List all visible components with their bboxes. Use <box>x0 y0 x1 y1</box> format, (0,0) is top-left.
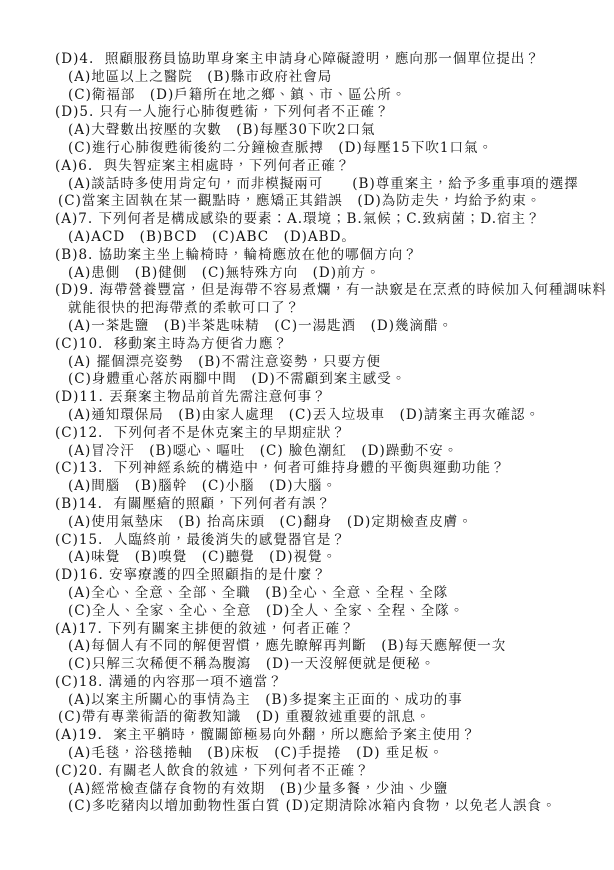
question-line: (C)18. 溝通的內容那一項不適當？ <box>0 674 614 692</box>
option-line: (A)一茶匙鹽 (B)半茶匙味精 (C)一湯匙酒 (D)幾滴醋。 <box>0 318 614 336</box>
option-line: (C)全人、全家、全心、全意 (D)全人、全家、全程、全隊。 <box>0 603 614 621</box>
question-line: (A)7. 下列何者是構成感染的要素：A.環境；B.氣候；C.致病菌；D.宿主？ <box>0 211 614 229</box>
option-line: (C)帶有專業術語的衛教知識 (D) 重覆敘述重要的訊息。 <box>0 709 614 727</box>
question-10: (C)10. 移動案主時為方便省力應？(A) 擺個漂亮姿勢 (B)不需注意姿勢，… <box>0 336 614 389</box>
question-line: (A)6. 與失智症案主相處時，下列何者正確？ <box>0 158 614 176</box>
option-line: 就能很快的把海帶煮的柔軟可口了？ <box>0 300 614 318</box>
question-18: (C)18. 溝通的內容那一項不適當？(A)以案主所關心的事情為主 (B)多提案… <box>0 674 614 727</box>
option-line: (A)以案主所關心的事情為主 (B)多提案主正面的、成功的事 <box>0 692 614 710</box>
question-11: (D)11. 丟棄案主物品前首先需注意何事？(A)通知環保局 (B)由家人處理 … <box>0 389 614 425</box>
option-line: (C)衛福部 (D)戶籍所在地之鄉、鎮、市、區公所。 <box>0 87 614 105</box>
question-9: (D)9. 海帶營養豐富，但是海帶不容易煮爛，有一訣竅是在烹煮的時候加入何種調味… <box>0 282 614 335</box>
question-14: (B)14. 有關壓瘡的照顧，下列何者有誤？(A)使用氣墊床 (B) 抬高床頭 … <box>0 496 614 532</box>
question-15: (C)15. 人臨終前，最後消失的感覺器官是？(A)味覺 (B)嗅覺 (C)聽覺… <box>0 532 614 568</box>
question-12: (C)12. 下列何者不是休克案主的早期症狀？(A)冒冷汗 (B)噁心、嘔吐 (… <box>0 425 614 461</box>
option-line: (A)談話時多使用肯定句，而非模擬兩可 (B)尊重案主，給予多重事項的選擇 <box>0 176 614 194</box>
question-line: (A)19. 案主平躺時，髖關節極易向外翻，所以應給予案主使用？ <box>0 727 614 745</box>
question-line: (C)15. 人臨終前，最後消失的感覺器官是？ <box>0 532 614 550</box>
option-line: (C)身體重心落於兩腳中間 (D)不需顧到案主感受。 <box>0 371 614 389</box>
exam-page: (D)4. 照顧服務員協助單身案主申請身心障礙證明，應向那一個單位提出？(A)地… <box>0 0 614 870</box>
option-line: (A)毛毯，浴毯捲軸 (B)床板 (C)手提捲 (D) 垂足板。 <box>0 745 614 763</box>
question-4: (D)4. 照顧服務員協助單身案主申請身心障礙證明，應向那一個單位提出？(A)地… <box>0 51 614 104</box>
question-6: (A)6. 與失智症案主相處時，下列何者正確？(A)談話時多使用肯定句，而非模擬… <box>0 158 614 211</box>
question-13: (C)13. 下列神經系統的構造中，何者可維持身體的平衡與運動功能？(A)間腦 … <box>0 460 614 496</box>
option-line: (A)地區以上之醫院 (B)縣市政府社會局 <box>0 69 614 87</box>
option-line: (A)味覺 (B)嗅覺 (C)聽覺 (D)視覺。 <box>0 549 614 567</box>
option-line: (A)每個人有不同的解便習慣，應先瞭解再判斷 (B)每天應解便一次 <box>0 638 614 656</box>
exam-questions-list: (D)4. 照顧服務員協助單身案主申請身心障礙證明，應向那一個單位提出？(A)地… <box>0 0 614 816</box>
question-17: (A)17. 下列有關案主排便的敘述，何者正確？(A)每個人有不同的解便習慣，應… <box>0 621 614 674</box>
question-line: (D)4. 照顧服務員協助單身案主申請身心障礙證明，應向那一個單位提出？ <box>0 51 614 69</box>
question-line: (D)9. 海帶營養豐富，但是海帶不容易煮爛，有一訣竅是在烹煮的時候加入何種調味… <box>0 282 614 300</box>
question-line: (C)20. 有關老人飲食的敘述，下列何者不正確？ <box>0 763 614 781</box>
question-line: (C)10. 移動案主時為方便省力應？ <box>0 336 614 354</box>
option-line: (A)患側 (B)健側 (C)無特殊方向 (D)前方。 <box>0 265 614 283</box>
question-line: (D)5. 只有一人施行心肺復甦術，下列何者不正確？ <box>0 104 614 122</box>
option-line: (A)全心、全意、全部、全職 (B)全心、全意、全程、全隊 <box>0 585 614 603</box>
option-line: (C)只解三次稀便不稱為腹瀉 (D)一天沒解便就是便秘。 <box>0 656 614 674</box>
option-line: (A)ACD (B)BCD (C)ABC (D)ABD。 <box>0 229 614 247</box>
question-20: (C)20. 有關老人飲食的敘述，下列何者不正確？(A)經常檢查儲存食物的有效期… <box>0 763 614 816</box>
option-line: (C)進行心肺復甦術後約二分鐘檢查脈搏 (D)每壓15下吹1口氣。 <box>0 140 614 158</box>
question-line: (D)11. 丟棄案主物品前首先需注意何事？ <box>0 389 614 407</box>
option-line: (A) 擺個漂亮姿勢 (B)不需注意姿勢，只要方便 <box>0 354 614 372</box>
question-19: (A)19. 案主平躺時，髖關節極易向外翻，所以應給予案主使用？(A)毛毯，浴毯… <box>0 727 614 763</box>
option-line: (A)冒冷汗 (B)噁心、嘔吐 (C) 臉色潮紅 (D)躁動不安。 <box>0 443 614 461</box>
option-line: (A)大聲數出按壓的次數 (B)每壓30下吹2口氣 <box>0 122 614 140</box>
option-line: (A)使用氣墊床 (B) 抬高床頭 (C)翻身 (D)定期檢查皮膚。 <box>0 514 614 532</box>
question-line: (C)13. 下列神經系統的構造中，何者可維持身體的平衡與運動功能？ <box>0 460 614 478</box>
question-7: (A)7. 下列何者是構成感染的要素：A.環境；B.氣候；C.致病菌；D.宿主？… <box>0 211 614 247</box>
question-line: (D)16. 安寧療護的四全照顧指的是什麼？ <box>0 567 614 585</box>
option-line: (A)經常檢查儲存食物的有效期 (B)少量多餐，少油、少鹽 <box>0 781 614 799</box>
question-16: (D)16. 安寧療護的四全照顧指的是什麼？(A)全心、全意、全部、全職 (B)… <box>0 567 614 620</box>
option-line: (A)通知環保局 (B)由家人處理 (C)丟入垃圾車 (D)請案主再次確認。 <box>0 407 614 425</box>
option-line: (A)間腦 (B)腦幹 (C)小腦 (D)大腦。 <box>0 478 614 496</box>
option-line: (C)當案主固執在某一觀點時，應矯正其錯誤 (D)為防走失，均給予約束。 <box>0 193 614 211</box>
question-line: (B)8. 協助案主坐上輪椅時，輪椅應放在他的哪個方向？ <box>0 247 614 265</box>
question-5: (D)5. 只有一人施行心肺復甦術，下列何者不正確？(A)大聲數出按壓的次數 (… <box>0 104 614 157</box>
question-line: (C)12. 下列何者不是休克案主的早期症狀？ <box>0 425 614 443</box>
question-line: (B)14. 有關壓瘡的照顧，下列何者有誤？ <box>0 496 614 514</box>
question-line: (A)17. 下列有關案主排便的敘述，何者正確？ <box>0 621 614 639</box>
question-8: (B)8. 協助案主坐上輪椅時，輪椅應放在他的哪個方向？(A)患側 (B)健側 … <box>0 247 614 283</box>
option-line: (C)多吃豬肉以增加動物性蛋白質 (D)定期清除冰箱內食物，以免老人誤食。 <box>0 798 614 816</box>
